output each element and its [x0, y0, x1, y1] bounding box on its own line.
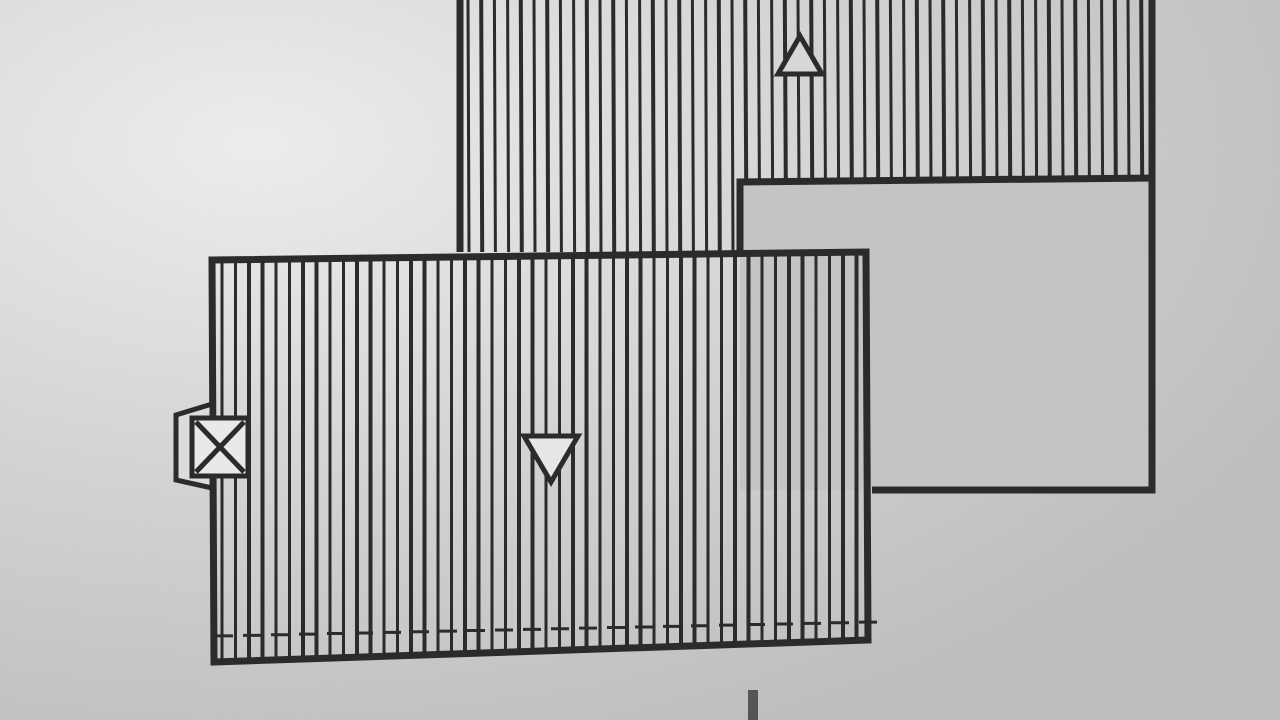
- roof-seam-line: [706, 0, 707, 252]
- roof-seam-line: [996, 0, 997, 180]
- roof-seam-line: [719, 0, 720, 252]
- roof-seam-line: [732, 0, 733, 252]
- roof-seam-line: [587, 0, 588, 252]
- roof-seam-line: [772, 0, 773, 180]
- roof-seam-line: [547, 0, 548, 252]
- roof-seam-line: [468, 0, 469, 252]
- roof-seam-line: [956, 0, 957, 180]
- chimney-hatch: [176, 404, 248, 488]
- roof-seam-line: [904, 0, 905, 180]
- roof-seam-line: [811, 0, 812, 180]
- roof-seam-line: [1009, 0, 1010, 180]
- roof-seam-line: [560, 0, 561, 252]
- scan-smudge: [748, 690, 758, 720]
- roof-seam-line: [1075, 0, 1076, 180]
- roof-seam-line: [1049, 0, 1050, 180]
- roof-seam-line: [798, 0, 799, 180]
- roof-seam-line: [1022, 0, 1023, 180]
- roof-seam-line: [824, 0, 825, 180]
- roof-seam-line: [653, 0, 654, 252]
- roof-seam-line: [626, 0, 627, 252]
- roof-seam-line: [574, 0, 575, 252]
- roof-seam-line: [890, 0, 891, 180]
- roof-seam-line: [1036, 0, 1037, 180]
- roof-seam-line: [1102, 0, 1103, 180]
- roof-seam-line: [785, 0, 786, 180]
- roof-seam-line: [1128, 0, 1129, 180]
- roof-seam-line: [1141, 0, 1142, 180]
- roof-seam-line: [521, 0, 522, 252]
- roof-seam-line: [970, 0, 971, 180]
- roof-seam-line: [983, 0, 984, 180]
- roof-seam-line: [600, 0, 601, 252]
- roof-seam-line: [851, 0, 852, 180]
- roof-seam-line: [692, 0, 693, 252]
- roof-seam-line: [838, 0, 839, 180]
- roof-seam-line: [1062, 0, 1063, 180]
- roof-seam-line: [758, 0, 759, 180]
- roof-seam-line: [613, 0, 614, 252]
- roof-plan-svg: [0, 0, 1280, 720]
- roof-seam-line: [1088, 0, 1089, 180]
- roof-plan-drawing: [0, 0, 1280, 720]
- roof-seam-line: [930, 0, 931, 180]
- roof-seam-line: [943, 0, 944, 180]
- roof-seam-line: [481, 0, 482, 252]
- roof-seam-line: [877, 0, 878, 180]
- roof-seam-line: [745, 0, 746, 180]
- roof-seam-line: [666, 0, 667, 252]
- roof-seam-line: [494, 0, 495, 252]
- roof-seam-line: [917, 0, 918, 180]
- roof-seam-line: [534, 0, 535, 252]
- roof-seam-line: [1115, 0, 1116, 180]
- roof-seam-line: [864, 0, 865, 180]
- roof-seam-line: [679, 0, 680, 252]
- roof-seam-line: [508, 0, 509, 252]
- roof-seam-line: [640, 0, 641, 252]
